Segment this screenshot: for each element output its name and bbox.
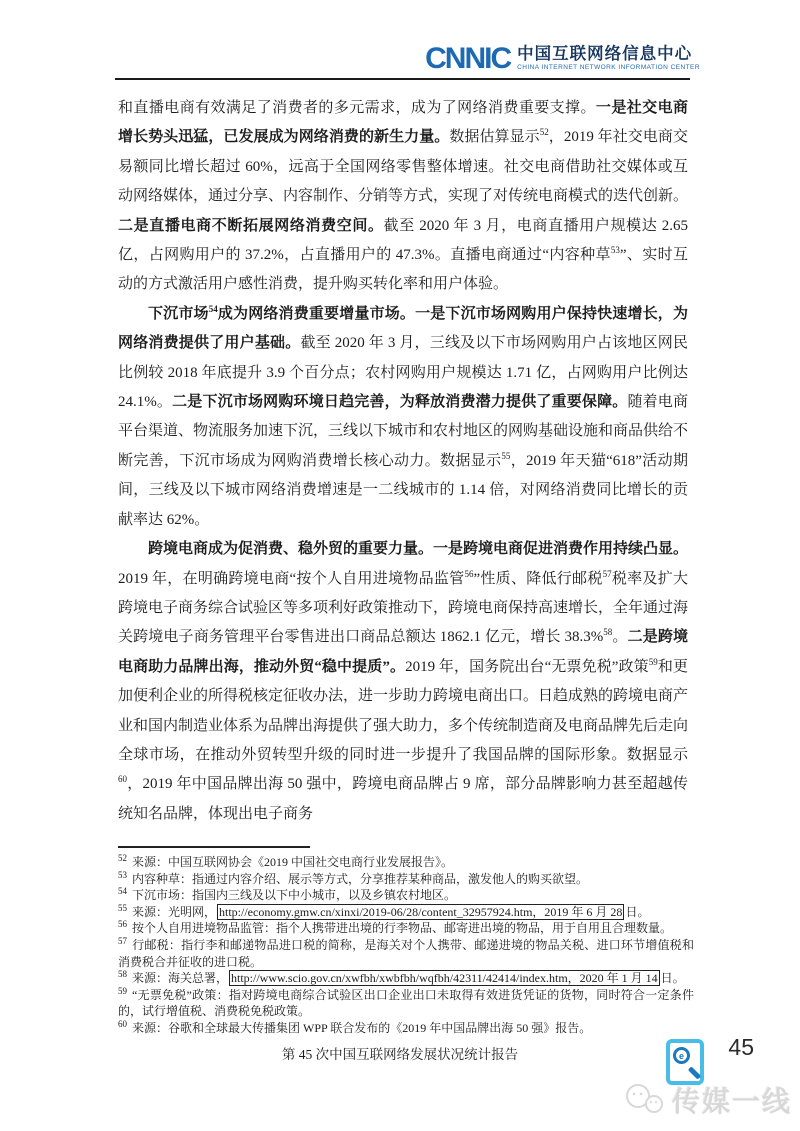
footnote-ref: 59	[649, 657, 658, 667]
text-run: ”性质、降低行邮税	[473, 571, 602, 587]
footnote-58: 58来源：海关总署，http://www.scio.gov.cn/xwfbh/x…	[118, 970, 694, 987]
footnote-text: 下沉市场：指国内三线及以下中小城市，以及乡镇农村地区。	[132, 888, 456, 902]
text-run: 。	[612, 629, 627, 645]
header-rule	[115, 78, 690, 80]
footnote-number: 58	[118, 969, 127, 979]
text-run: ，2019 年中国品牌出海 50 强中，跨境电商品牌占 9 席，部分品牌影响力甚…	[118, 776, 688, 821]
header-logo-row: CNNIC 中国互联网络信息中心 CHINA INTERNET NETWORK …	[425, 44, 700, 74]
footnote-text: 内容种草：指通过内容介绍、展示等方式，分享推荐某种商品，激发他人的购买欲望。	[132, 872, 588, 886]
text-run: 来源：海关总署，	[132, 971, 228, 985]
link-annotation[interactable]: http://www.scio.gov.cn/xwfbh/xwbfbh/wqfb…	[229, 970, 660, 986]
text-run: 和直播电商有效满足了消费者的多元需求，成为了网络消费重要支撑。	[118, 100, 596, 116]
text-run: 来源：光明网，	[132, 905, 216, 919]
text-run: 来源：中国互联网协会《2019 中国社交电商行业发展报告》。	[132, 855, 453, 869]
footnote-text: “无票免税”政策：指对跨境电商综合试验区出口企业出口未取得有效进货凭证的货物，同…	[118, 988, 694, 1019]
footnote-text: 来源：谷歌和全球最大传播集团 WPP 联合发布的《2019 年中国品牌出海 50…	[132, 1021, 591, 1035]
text-run: “无票免税”政策：指对跨境电商综合试验区出口企业出口未取得有效进货凭证的货物，同…	[118, 988, 694, 1019]
text-run: 下沉市场	[148, 306, 209, 322]
paragraph-sinking-market: 下沉市场54成为网络消费重要增量市场。一是下沉市场网购用户保持快速增长，为网络消…	[118, 300, 688, 535]
footnote-55: 55来源：光明网，http://economy.gmw.cn/xinxi/201…	[118, 904, 694, 921]
text-run: 二是下沉市场网购环境日趋完善，为释放消费潜力提供了重要保障。	[172, 394, 627, 410]
footnote-ref: 57	[603, 569, 612, 579]
text-run: 二是直播电商不断拓展网络消费空间。	[118, 218, 384, 234]
paragraph-cross-border-ecommerce: 跨境电商成为促消费、稳外贸的重要力量。一是跨境电商促进消费作用持续凸显。2019…	[118, 535, 688, 829]
page-number: 45	[728, 1034, 754, 1061]
watermark-text: 传媒一线	[672, 1080, 792, 1120]
footnote-53: 53内容种草：指通过内容介绍、展示等方式，分享推荐某种商品，激发他人的购买欲望。	[118, 871, 694, 888]
cnnic-logo: CNNIC	[425, 44, 510, 74]
footnote-number: 59	[118, 986, 127, 996]
text-run: 下沉市场：指国内三线及以下中小城市，以及乡镇农村地区。	[132, 888, 456, 902]
footnote-57: 57行邮税：指行李和邮递物品进口税的简称，是海关对个人携带、邮递进境的物品关税、…	[118, 937, 694, 970]
footnote-ref: 53	[611, 245, 620, 255]
text-run: 内容种草：指通过内容介绍、展示等方式，分享推荐某种商品，激发他人的购买欲望。	[132, 872, 588, 886]
footnotes: 52来源：中国互联网协会《2019 中国社交电商行业发展报告》。 53内容种草：…	[118, 854, 694, 1037]
footnote-number: 57	[118, 936, 127, 946]
footnote-separator	[118, 846, 310, 848]
footnote-number: 53	[118, 870, 127, 880]
report-page: CNNIC 中国互联网络信息中心 CHINA INTERNET NETWORK …	[0, 0, 800, 1131]
footnote-text: 按个人自用进境物品监管：指个人携带进出境的行李物品、邮寄进出境的物品，用于自用且…	[132, 921, 672, 935]
text-run: 2019 年，在明确跨境电商“按个人自用进境物品监管	[118, 571, 464, 587]
text-run: 数据估算显示	[449, 129, 539, 145]
org-names: 中国互联网络信息中心 CHINA INTERNET NETWORK INFORM…	[517, 44, 700, 72]
footnote-60: 60来源：谷歌和全球最大传播集团 WPP 联合发布的《2019 年中国品牌出海 …	[118, 1020, 694, 1037]
footnote-text: 来源：中国互联网协会《2019 中国社交电商行业发展报告》。	[132, 855, 453, 869]
text-run: 2019 年，国务院出台“无票免税”政策	[405, 659, 649, 675]
body-text: 和直播电商有效满足了消费者的多元需求，成为了网络消费重要支撑。一是社交电商增长势…	[118, 94, 688, 829]
footnote-text: 行邮税：指行李和邮递物品进口税的简称，是海关对个人携带、邮递进境的物品关税、进口…	[118, 938, 694, 969]
wechat-icon	[623, 1083, 667, 1117]
org-name-en: CHINA INTERNET NETWORK INFORMATION CENTE…	[517, 64, 700, 72]
text-run: 日。	[661, 971, 685, 985]
footnote-52: 52来源：中国互联网协会《2019 中国社交电商行业发展报告》。	[118, 854, 694, 871]
text-run: 日。	[625, 905, 649, 919]
footnote-ref: 58	[603, 627, 612, 637]
footnote-number: 52	[118, 853, 127, 863]
text-run: 跨境电商成为促消费、稳外贸的重要力量。一是跨境电商促进消费作用持续凸显。	[148, 541, 688, 557]
org-name-cn: 中国互联网络信息中心	[517, 44, 700, 64]
footnote-text: 来源：海关总署，http://www.scio.gov.cn/xwfbh/xwb…	[132, 971, 685, 985]
link-annotation[interactable]: http://economy.gmw.cn/xinxi/2019-06/28/c…	[217, 904, 624, 920]
footnote-56: 56按个人自用进境物品监管：指个人携带进出境的行李物品、邮寄进出境的物品，用于自…	[118, 920, 694, 937]
magnifier-handle-icon	[688, 1066, 701, 1079]
text-run: 按个人自用进境物品监管：指个人携带进出境的行李物品、邮寄进出境的物品，用于自用且…	[132, 921, 672, 935]
footnote-ref: 52	[540, 127, 549, 137]
magnifier-lens-icon: e	[673, 1047, 690, 1064]
paragraph-social-live-ecommerce: 和直播电商有效满足了消费者的多元需求，成为了网络消费重要支撑。一是社交电商增长势…	[118, 94, 688, 300]
footnote-59: 59“无票免税”政策：指对跨境电商综合试验区出口企业出口未取得有效进货凭证的货物…	[118, 987, 694, 1020]
footnote-ref: 60	[118, 774, 127, 784]
footnote-number: 60	[118, 1019, 127, 1029]
text-run: 来源：谷歌和全球最大传播集团 WPP 联合发布的《2019 年中国品牌出海 50…	[132, 1021, 591, 1035]
text-run: 行邮税：指行李和邮递物品进口税的简称，是海关对个人携带、邮递进境的物品关税、进口…	[118, 938, 694, 969]
watermark: 传媒一线	[623, 1080, 792, 1120]
footnote-text: 来源：光明网，http://economy.gmw.cn/xinxi/2019-…	[132, 905, 649, 919]
footnote-ref: 54	[209, 304, 218, 314]
footnote-54: 54下沉市场：指国内三线及以下中小城市，以及乡镇农村地区。	[118, 887, 694, 904]
footnote-number: 55	[118, 903, 127, 913]
footnote-number: 56	[118, 919, 127, 929]
chapter-magnifier-icon: e	[666, 1039, 704, 1085]
footnote-number: 54	[118, 886, 127, 896]
